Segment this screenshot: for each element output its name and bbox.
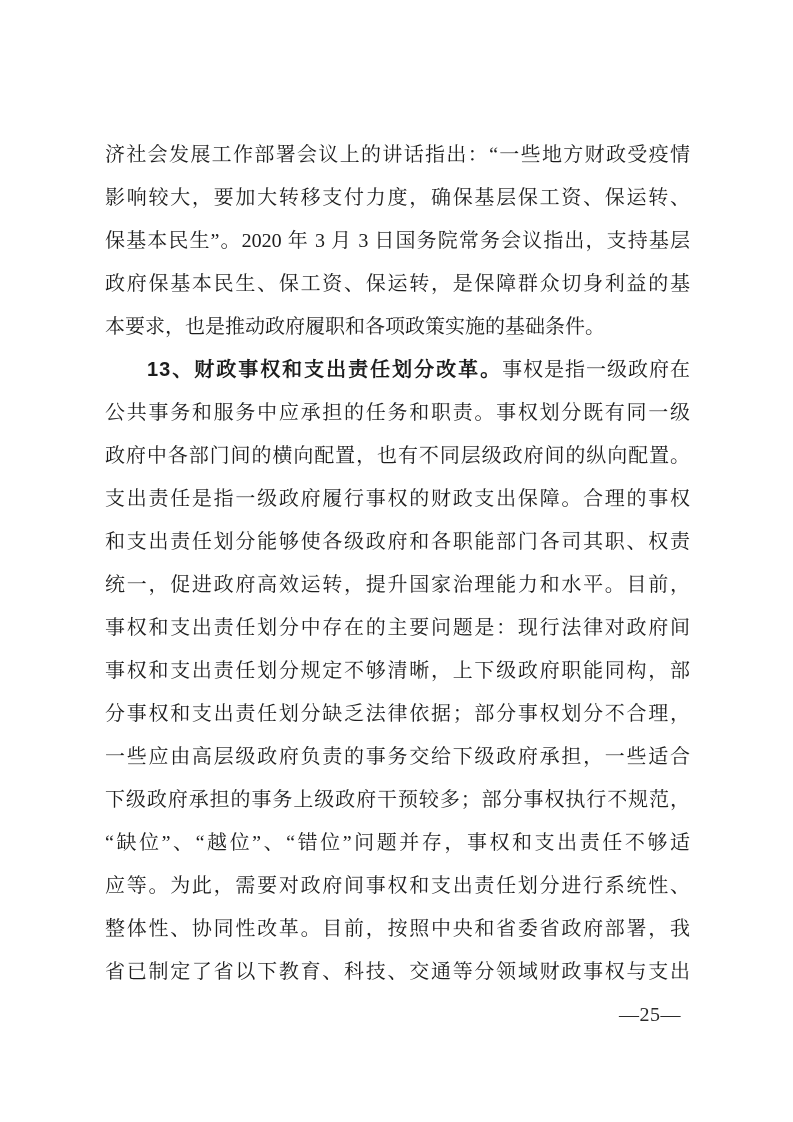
text-segment: 下级政府承担的事务上级政府干预较多；部分事权执行不规范，	[105, 789, 690, 811]
text-line: 分事权和支出责任划分缺乏法律依据；部分事权划分不合理，	[105, 693, 690, 736]
text-line: 政府中各部门间的横向配置，也有不同层级政府间的纵向配置。	[105, 435, 690, 478]
text-line: 应等。为此，需要对政府间事权和支出责任划分进行系统性、	[105, 865, 690, 908]
text-line: 下级政府承担的事务上级政府干预较多；部分事权执行不规范，	[105, 779, 690, 822]
page-number: —25—	[602, 1000, 698, 1030]
text-segment: 和支出责任划分能够使各级政府和各职能部门各司其职、权责	[105, 531, 690, 553]
body-text: 济社会发展工作部署会议上的讲话指出：“一些地方财政受疫情影响较大，要加大转移支付…	[105, 134, 690, 994]
text-line: 济社会发展工作部署会议上的讲话指出：“一些地方财政受疫情	[105, 134, 690, 177]
text-segment: 政府保基本民生、保工资、保运转，是保障群众切身利益的基	[105, 273, 690, 295]
text-line: 整体性、协同性改革。目前，按照中央和省委省政府部署，我	[105, 908, 690, 951]
text-segment: 保基本民生”。2020 年 3 月 3 日国务院常务会议指出，支持基层	[105, 230, 690, 252]
text-segment: 政府中各部门间的横向配置，也有不同层级政府间的纵向配置。	[105, 445, 690, 467]
text-line: 省已制定了省以下教育、科技、交通等分领域财政事权与支出	[105, 951, 690, 994]
text-line: “缺位”、“越位”、“错位”问题并存，事权和支出责任不够适	[105, 822, 690, 865]
text-segment: 济社会发展工作部署会议上的讲话指出：“一些地方财政受疫情	[105, 144, 690, 166]
text-segment: 分事权和支出责任划分缺乏法律依据；部分事权划分不合理，	[105, 703, 690, 725]
text-segment: 本要求，也是推动政府履职和各项政策实施的基础条件。	[105, 316, 605, 338]
text-segment: 事权是指一级政府在	[502, 359, 690, 381]
text-segment: 事权和支出责任划分规定不够清晰，上下级政府职能同构，部	[105, 660, 690, 682]
text-segment: 应等。为此，需要对政府间事权和支出责任划分进行系统性、	[105, 875, 690, 897]
text-line: 本要求，也是推动政府履职和各项政策实施的基础条件。	[105, 306, 690, 349]
text-segment: 统一，促进政府高效运转，提升国家治理能力和水平。目前，	[105, 574, 690, 596]
text-line: 统一，促进政府高效运转，提升国家治理能力和水平。目前，	[105, 564, 690, 607]
text-line: 支出责任是指一级政府履行事权的财政支出保障。合理的事权	[105, 478, 690, 521]
text-segment: 公共事务和服务中应承担的任务和职责。事权划分既有同一级	[105, 402, 690, 424]
text-segment: 事权和支出责任划分中存在的主要问题是：现行法律对政府间	[105, 617, 690, 639]
text-segment: 一些应由高层级政府负责的事务交给下级政府承担，一些适合	[105, 746, 690, 768]
document-page: 济社会发展工作部署会议上的讲话指出：“一些地方财政受疫情影响较大，要加大转移支付…	[0, 0, 793, 1122]
text-line: 13、财政事权和支出责任划分改革。事权是指一级政府在	[105, 349, 690, 392]
text-segment: 影响较大，要加大转移支付力度，确保基层保工资、保运转、	[105, 187, 690, 209]
text-line: 事权和支出责任划分规定不够清晰，上下级政府职能同构，部	[105, 650, 690, 693]
text-line: 公共事务和服务中应承担的任务和职责。事权划分既有同一级	[105, 392, 690, 435]
text-segment: 整体性、协同性改革。目前，按照中央和省委省政府部署，我	[105, 918, 690, 940]
text-segment: 支出责任是指一级政府履行事权的财政支出保障。合理的事权	[105, 488, 690, 510]
section-heading: 13、财政事权和支出责任划分改革。	[147, 359, 502, 381]
text-segment: “缺位”、“越位”、“错位”问题并存，事权和支出责任不够适	[105, 832, 690, 854]
text-line: 事权和支出责任划分中存在的主要问题是：现行法律对政府间	[105, 607, 690, 650]
text-line: 政府保基本民生、保工资、保运转，是保障群众切身利益的基	[105, 263, 690, 306]
text-segment: 省已制定了省以下教育、科技、交通等分领域财政事权与支出	[105, 961, 690, 983]
text-line: 和支出责任划分能够使各级政府和各职能部门各司其职、权责	[105, 521, 690, 564]
text-line: 影响较大，要加大转移支付力度，确保基层保工资、保运转、	[105, 177, 690, 220]
text-line: 一些应由高层级政府负责的事务交给下级政府承担，一些适合	[105, 736, 690, 779]
text-line: 保基本民生”。2020 年 3 月 3 日国务院常务会议指出，支持基层	[105, 220, 690, 263]
